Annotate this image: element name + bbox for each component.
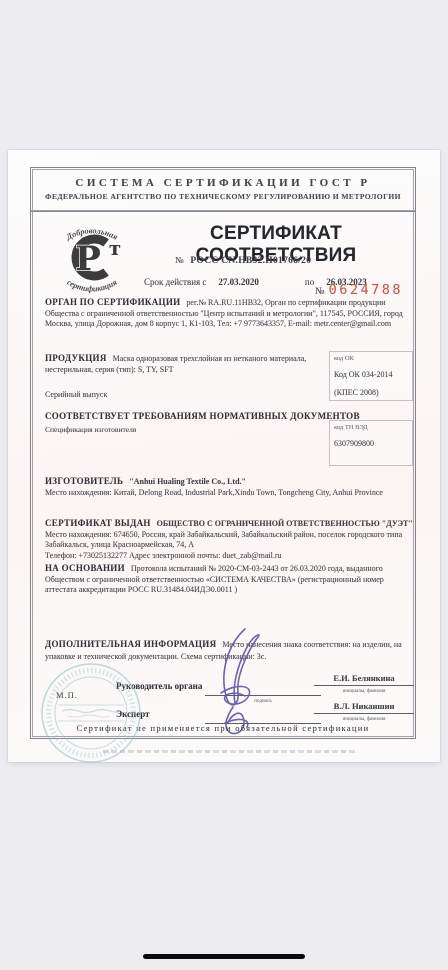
expert-name-line xyxy=(314,708,414,714)
issued-to-address: Место нахождения: 674650, Россия, край З… xyxy=(45,530,402,550)
manufacturer-heading: ИЗГОТОВИТЕЛЬ xyxy=(45,476,123,486)
reg-number-label: № xyxy=(175,255,184,265)
agency-line: ФЕДЕРАЛЬНОЕ АГЕНТСТВО ПО ТЕХНИЧЕСКОМУ РЕ… xyxy=(31,192,415,201)
product-heading: ПРОДУКЦИЯ xyxy=(45,353,107,363)
expert-name-caption: инициалы, фамилия xyxy=(314,717,414,722)
product-release: Серийный выпуск xyxy=(45,390,107,401)
conformity-text: Спецификация изготовителя xyxy=(45,425,136,436)
basis-heading: НА ОСНОВАНИИ xyxy=(45,563,125,573)
form-number-digits: 0624788 xyxy=(329,282,403,298)
certificate-header: СИСТЕМА СЕРТИФИКАЦИИ ГОСТ Р ФЕДЕРАЛЬНОЕ … xyxy=(31,168,415,212)
svg-text:т: т xyxy=(109,236,121,260)
issued-to-section: СЕРТИФИКАТ ВЫДАН ОБЩЕСТВО С ОГРАНИЧЕННОЙ… xyxy=(45,518,417,561)
basis-section: НА ОСНОВАНИИ Протокола испытаний № 2020-… xyxy=(45,563,409,596)
document-photo: СИСТЕМА СЕРТИФИКАЦИИ ГОСТ Р ФЕДЕРАЛЬНОЕ … xyxy=(8,150,440,762)
product-section: ПРОДУКЦИЯ Маска одноразовая трехслойная … xyxy=(45,353,331,375)
tnved-code-label: код ТН ВЭД xyxy=(334,424,408,431)
certification-body-heading: ОРГАН ПО СЕРТИФИКАЦИИ xyxy=(45,297,180,307)
ok-code-box: код ОК Код ОК 034-2014 (КПЕС 2008) xyxy=(329,351,413,401)
manufacturer-section: ИЗГОТОВИТЕЛЬ "Anhui Hualing Textile Co.,… xyxy=(45,476,405,498)
form-number-label: № xyxy=(315,286,325,297)
ok-code-label: код ОК xyxy=(334,355,408,362)
issued-to-heading: СЕРТИФИКАТ ВЫДАН xyxy=(45,518,151,528)
tnved-code-box: код ТН ВЭД 6307909800 xyxy=(329,420,413,466)
phone-screen: СИСТЕМА СЕРТИФИКАЦИИ ГОСТ Р ФЕДЕРАЛЬНОЕ … xyxy=(0,0,448,970)
registration-number-row: № РОСС CN.НВ32.Н01766/20 xyxy=(175,255,311,266)
printer-imprint xyxy=(103,750,358,753)
valid-to-label: по xyxy=(305,277,314,287)
tnved-code-value: 6307909800 xyxy=(334,439,374,448)
ok-code-value: Код ОК 034-2014 (КПЕС 2008) xyxy=(334,370,393,397)
rst-voluntary-certification-mark-icon: Добровольная сертификация Р т xyxy=(43,217,141,297)
reg-number-value: РОСС CN.НВ32.Н01766/20 xyxy=(190,256,311,266)
certificate-frame: СИСТЕМА СЕРТИФИКАЦИИ ГОСТ Р ФЕДЕРАЛЬНОЕ … xyxy=(30,167,416,739)
svg-text:Р: Р xyxy=(75,239,101,279)
head-name-caption: инициалы, фамилия xyxy=(314,689,414,694)
manufacturer-name: "Anhui Hualing Textile Co., Ltd." xyxy=(129,477,246,486)
certification-body-section: ОРГАН ПО СЕРТИФИКАЦИИ рег.№ RA.RU.11НВ32… xyxy=(45,297,405,330)
issued-to-contacts: Телефон: +73025132277 Адрес электронной … xyxy=(45,551,282,560)
issued-to-name: ОБЩЕСТВО С ОГРАНИЧЕННОЙ ОТВЕТСТВЕННОСТЬЮ… xyxy=(157,519,413,528)
head-name-line xyxy=(314,680,414,686)
validity-label: Срок действия с xyxy=(144,277,206,287)
manufacturer-address: Место нахождения: Китай, Delong Road, In… xyxy=(45,488,383,497)
home-indicator[interactable] xyxy=(143,954,305,959)
valid-from-date: 27.03.2020 xyxy=(218,277,259,287)
stamp-place-label: М.П. xyxy=(56,690,78,700)
system-title: СИСТЕМА СЕРТИФИКАЦИИ ГОСТ Р xyxy=(31,177,415,189)
conformity-heading: СООТВЕТСТВУЕТ ТРЕБОВАНИЯМ НОРМАТИВНЫХ ДО… xyxy=(45,411,360,421)
